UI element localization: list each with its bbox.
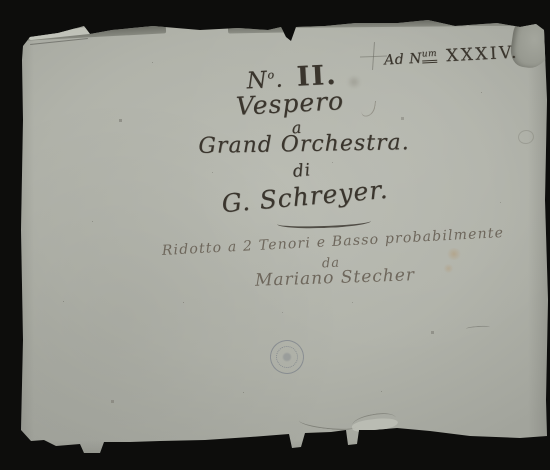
archive-mark-superscript: um xyxy=(421,49,437,64)
bottom-crease xyxy=(299,415,358,432)
title-connector-di: di xyxy=(292,160,312,182)
arranger-name: Mariano Stecher xyxy=(255,265,416,291)
ensemble-line: Grand Orchestra. xyxy=(198,130,410,159)
foxing-spot xyxy=(443,264,454,273)
torn-top-edge-strip xyxy=(228,24,286,33)
scanned-manuscript-photo: AdNum XXXIV. No. II. Vespero a Grand Orc… xyxy=(0,0,550,470)
archive-mark-word: Ad xyxy=(384,51,405,68)
paper-speckles xyxy=(0,0,1,1)
library-stamp-icon xyxy=(264,334,310,380)
underline-flourish xyxy=(277,215,371,229)
library-stamp-inner-ring xyxy=(272,342,302,372)
ink-smudge xyxy=(346,76,362,88)
archive-mark-roman-numeral: XXXIV. xyxy=(446,42,520,66)
archive-mark-letter: N xyxy=(409,51,423,68)
work-title: Vespero xyxy=(235,86,345,121)
faint-circle-mark xyxy=(517,129,535,146)
pencil-squiggle xyxy=(361,99,376,118)
pencil-dash-mark xyxy=(466,325,490,331)
foxing-spot xyxy=(446,248,462,260)
composer-name: G. Schreyer. xyxy=(221,175,390,218)
archive-number-mark: AdNum XXXIV. xyxy=(384,42,520,69)
manuscript-cover-page: AdNum XXXIV. No. II. Vespero a Grand Orc… xyxy=(0,0,550,470)
torn-top-edge-strip xyxy=(295,19,467,28)
